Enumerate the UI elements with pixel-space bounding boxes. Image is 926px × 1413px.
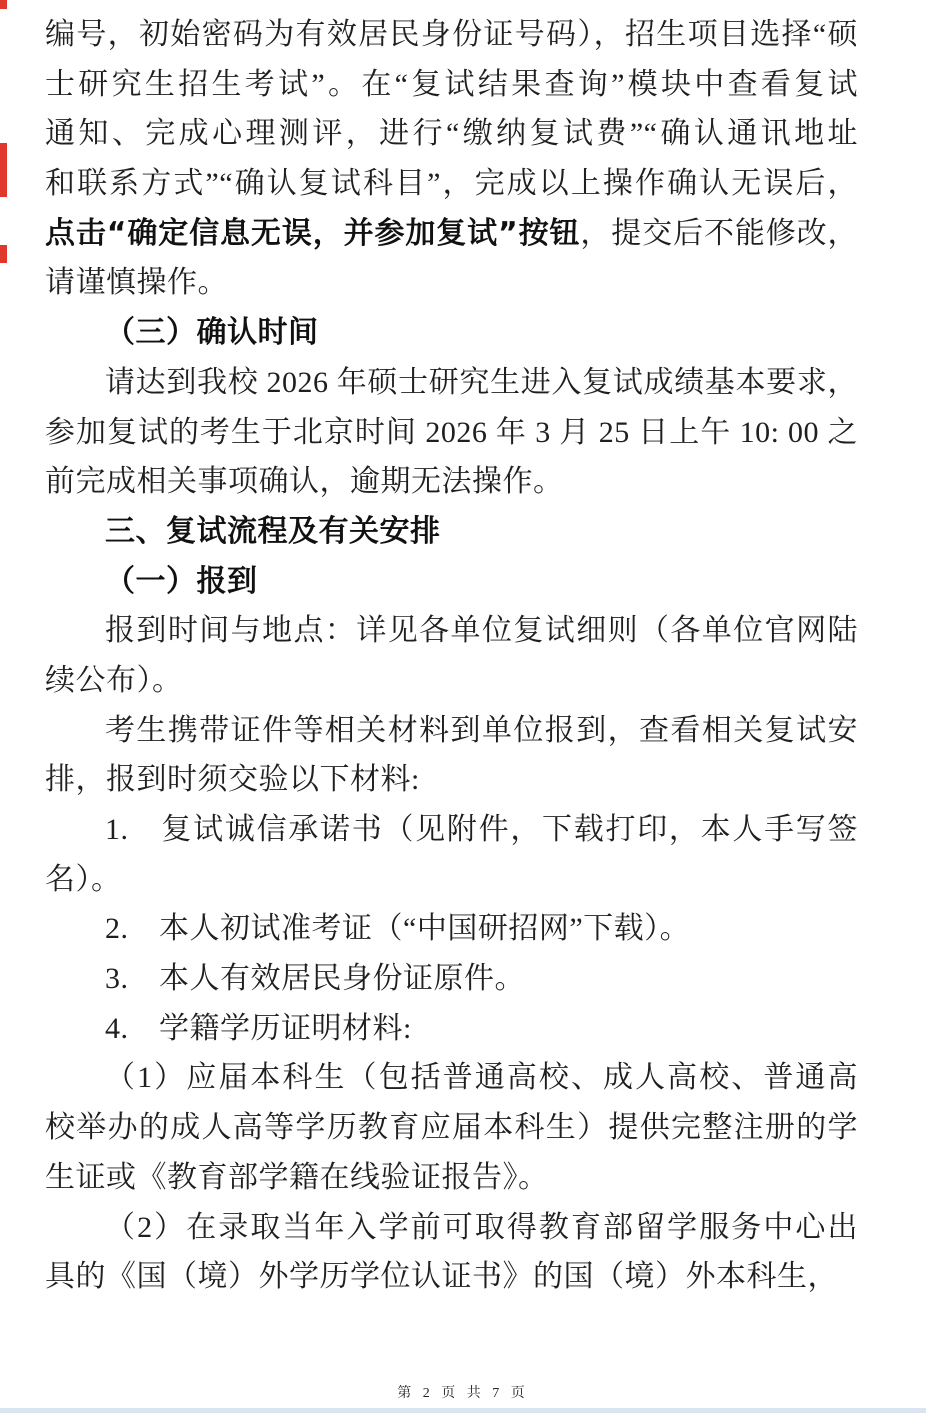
revision-marker — [0, 245, 7, 263]
text-segment: 3. 本人有效居民身份证原件。 — [105, 962, 525, 995]
revision-marker — [0, 143, 7, 197]
document-page: 编号，初始密码为有效居民身份证号码），招生项目选择“硕士研究生招生考试”。在“复… — [0, 0, 926, 1413]
text-segment: 考生携带证件等相关材料到单位报到，查看相关复试安 — [105, 714, 858, 747]
text-line: 2. 本人初试准考证（“中国研招网”下载）。 — [45, 904, 858, 954]
text-segment: 2. 本人初试准考证（“中国研招网”下载）。 — [105, 912, 690, 945]
heading-line: （三）确认时间 — [45, 308, 858, 358]
text-segment: 校举办的成人高等学历教育应届本科生）提供完整注册的学 — [45, 1111, 858, 1144]
text-segment: （一）报到 — [105, 564, 258, 599]
text-line: 生证或《教育部学籍在线验证报告》。 — [45, 1153, 858, 1203]
bottom-strip — [0, 1408, 926, 1413]
text-line: 续公布）。 — [45, 656, 858, 706]
text-segment: 排，报到时须交验以下材料: — [45, 763, 420, 796]
heading-line: （一）报到 — [45, 557, 858, 607]
text-line: 编号，初始密码为有效居民身份证号码），招生项目选择“硕 — [45, 10, 858, 60]
text-segment: 具的《国（境）外学历学位认证书》的国（境）外本科生， — [45, 1260, 838, 1293]
text-line: 请谨慎操作。 — [45, 258, 858, 308]
text-line: 排，报到时须交验以下材料: — [45, 755, 858, 805]
text-segment: 和联系方式”“确认复试科目”，完成以上操作确认无误后， — [45, 167, 858, 200]
text-line: 报到时间与地点：详见各单位复试细则（各单位官网陆 — [45, 606, 858, 656]
text-line: （2）在录取当年入学前可取得教育部留学服务中心出 — [45, 1203, 858, 1253]
text-line: 4. 学籍学历证明材料: — [45, 1004, 858, 1054]
text-line: 点击“确定信息无误，并参加复试”按钮，提交后不能修改， — [45, 209, 858, 259]
text-segment: 点击“确定信息无误，并参加复试”按钮 — [45, 216, 580, 251]
text-segment: 请谨慎操作。 — [45, 266, 228, 299]
text-segment: 1. 复试诚信承诺书（见附件，下载打印，本人手写签 — [105, 813, 858, 846]
text-line: 通知、完成心理测评，进行“缴纳复试费”“确认通讯地址 — [45, 109, 858, 159]
text-segment: 名）。 — [45, 863, 122, 896]
text-line: 和联系方式”“确认复试科目”，完成以上操作确认无误后， — [45, 159, 858, 209]
text-segment: 报到时间与地点：详见各单位复试细则（各单位官网陆 — [105, 614, 858, 647]
text-segment: 前完成相关事项确认，逾期无法操作。 — [45, 465, 564, 498]
text-segment: 请达到我校 2026 年硕士研究生进入复试成绩基本要求， — [105, 366, 858, 399]
text-line: 士研究生招生考试”。在“复试结果查询”模块中查看复试 — [45, 60, 858, 110]
text-line: 前完成相关事项确认，逾期无法操作。 — [45, 457, 858, 507]
text-segment: ，提交后不能修改， — [580, 217, 858, 250]
heading-line: 三、复试流程及有关安排 — [45, 507, 858, 557]
text-segment: （1）应届本科生（包括普通高校、成人高校、普通高 — [105, 1061, 858, 1094]
text-line: 考生携带证件等相关材料到单位报到，查看相关复试安 — [45, 706, 858, 756]
text-segment: 生证或《教育部学籍在线验证报告》。 — [45, 1161, 549, 1194]
text-line: 校举办的成人高等学历教育应届本科生）提供完整注册的学 — [45, 1103, 858, 1153]
text-segment: 4. 学籍学历证明材料: — [105, 1012, 412, 1045]
document-body: 编号，初始密码为有效居民身份证号码），招生项目选择“硕士研究生招生考试”。在“复… — [45, 10, 858, 1302]
text-segment: （三）确认时间 — [105, 315, 319, 350]
text-line: 3. 本人有效居民身份证原件。 — [45, 954, 858, 1004]
revision-marker — [0, 0, 7, 9]
text-line: 具的《国（境）外学历学位认证书》的国（境）外本科生， — [45, 1252, 858, 1302]
text-line: 请达到我校 2026 年硕士研究生进入复试成绩基本要求， — [45, 358, 858, 408]
text-segment: 编号，初始密码为有效居民身份证号码），招生项目选择“硕 — [45, 18, 858, 51]
text-segment: 通知、完成心理测评，进行“缴纳复试费”“确认通讯地址 — [45, 117, 858, 150]
text-segment: 士研究生招生考试”。在“复试结果查询”模块中查看复试 — [45, 68, 858, 101]
text-line: 参加复试的考生于北京时间 2026 年 3 月 25 日上午 10: 00 之 — [45, 408, 858, 458]
text-line: （1）应届本科生（包括普通高校、成人高校、普通高 — [45, 1053, 858, 1103]
text-line: 1. 复试诚信承诺书（见附件，下载打印，本人手写签 — [45, 805, 858, 855]
text-segment: （2）在录取当年入学前可取得教育部留学服务中心出 — [105, 1211, 858, 1244]
text-segment: 三、复试流程及有关安排 — [105, 514, 441, 549]
text-segment: 续公布）。 — [45, 664, 183, 697]
page-footer: 第 2 页 共 7 页 — [0, 1382, 926, 1402]
text-line: 名）。 — [45, 855, 858, 905]
text-segment: 参加复试的考生于北京时间 2026 年 3 月 25 日上午 10: 00 之 — [45, 416, 858, 449]
